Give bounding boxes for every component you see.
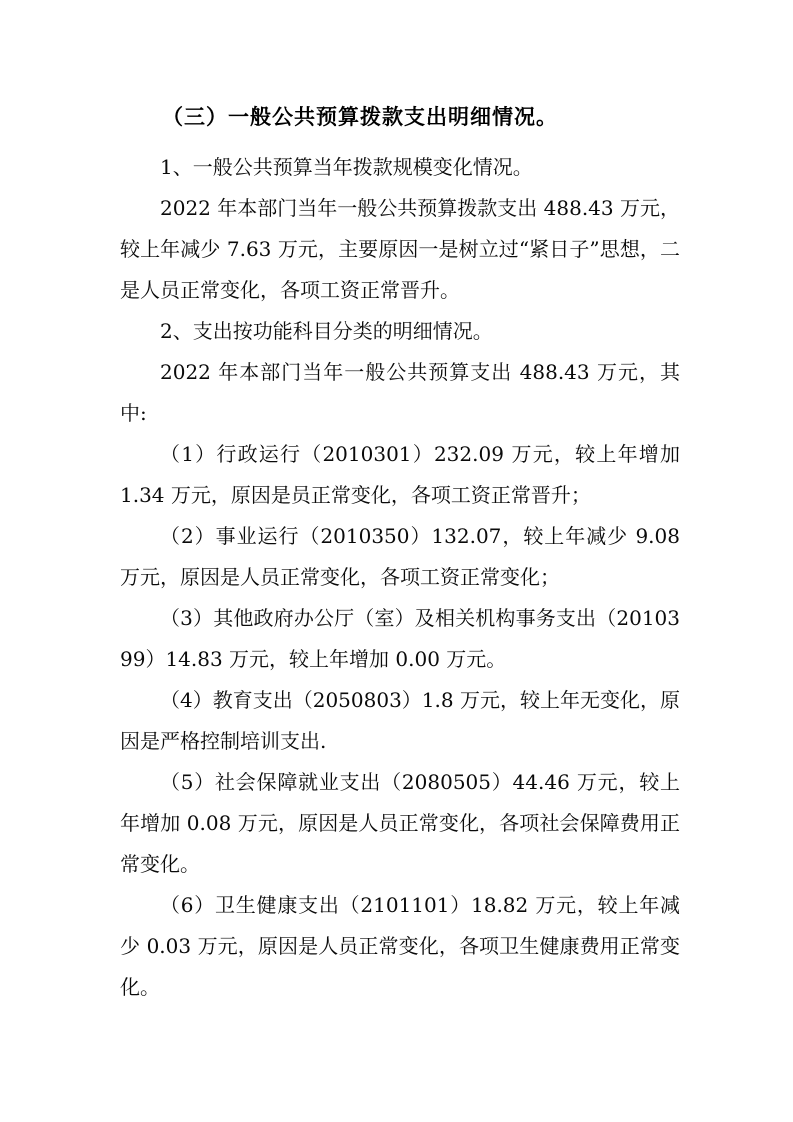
paragraph: 1、一般公共预算当年拨款规模变化情况。 <box>120 147 680 188</box>
paragraph: 2022 年本部门当年一般公共预算拨款支出 488.43 万元，较上年减少 7.… <box>120 188 680 311</box>
paragraph: （5）社会保障就业支出（2080505）44.46 万元，较上年增加 0.08 … <box>120 762 680 885</box>
paragraph: 2、支出按功能科目分类的明细情况。 <box>120 311 680 352</box>
section-heading: （三）一般公共预算拨款支出明细情况。 <box>120 95 680 139</box>
paragraph-list: 1、一般公共预算当年拨款规模变化情况。2022 年本部门当年一般公共预算拨款支出… <box>120 147 680 1008</box>
paragraph: （1）行政运行（2010301）232.09 万元，较上年增加 1.34 万元，… <box>120 434 680 516</box>
paragraph: （6）卫生健康支出（2101101）18.82 万元，较上年减少 0.03 万元… <box>120 885 680 1008</box>
paragraph: （3）其他政府办公厅（室）及相关机构事务支出（2010399）14.83 万元，… <box>120 598 680 680</box>
document-content: （三）一般公共预算拨款支出明细情况。 1、一般公共预算当年拨款规模变化情况。20… <box>120 95 680 1008</box>
paragraph: 2022 年本部门当年一般公共预算支出 488.43 万元，其中: <box>120 352 680 434</box>
paragraph: （2）事业运行（2010350）132.07，较上年减少 9.08 万元，原因是… <box>120 516 680 598</box>
document-page: （三）一般公共预算拨款支出明细情况。 1、一般公共预算当年拨款规模变化情况。20… <box>0 0 793 1122</box>
paragraph: （4）教育支出（2050803）1.8 万元，较上年无变化，原因是严格控制培训支… <box>120 680 680 762</box>
